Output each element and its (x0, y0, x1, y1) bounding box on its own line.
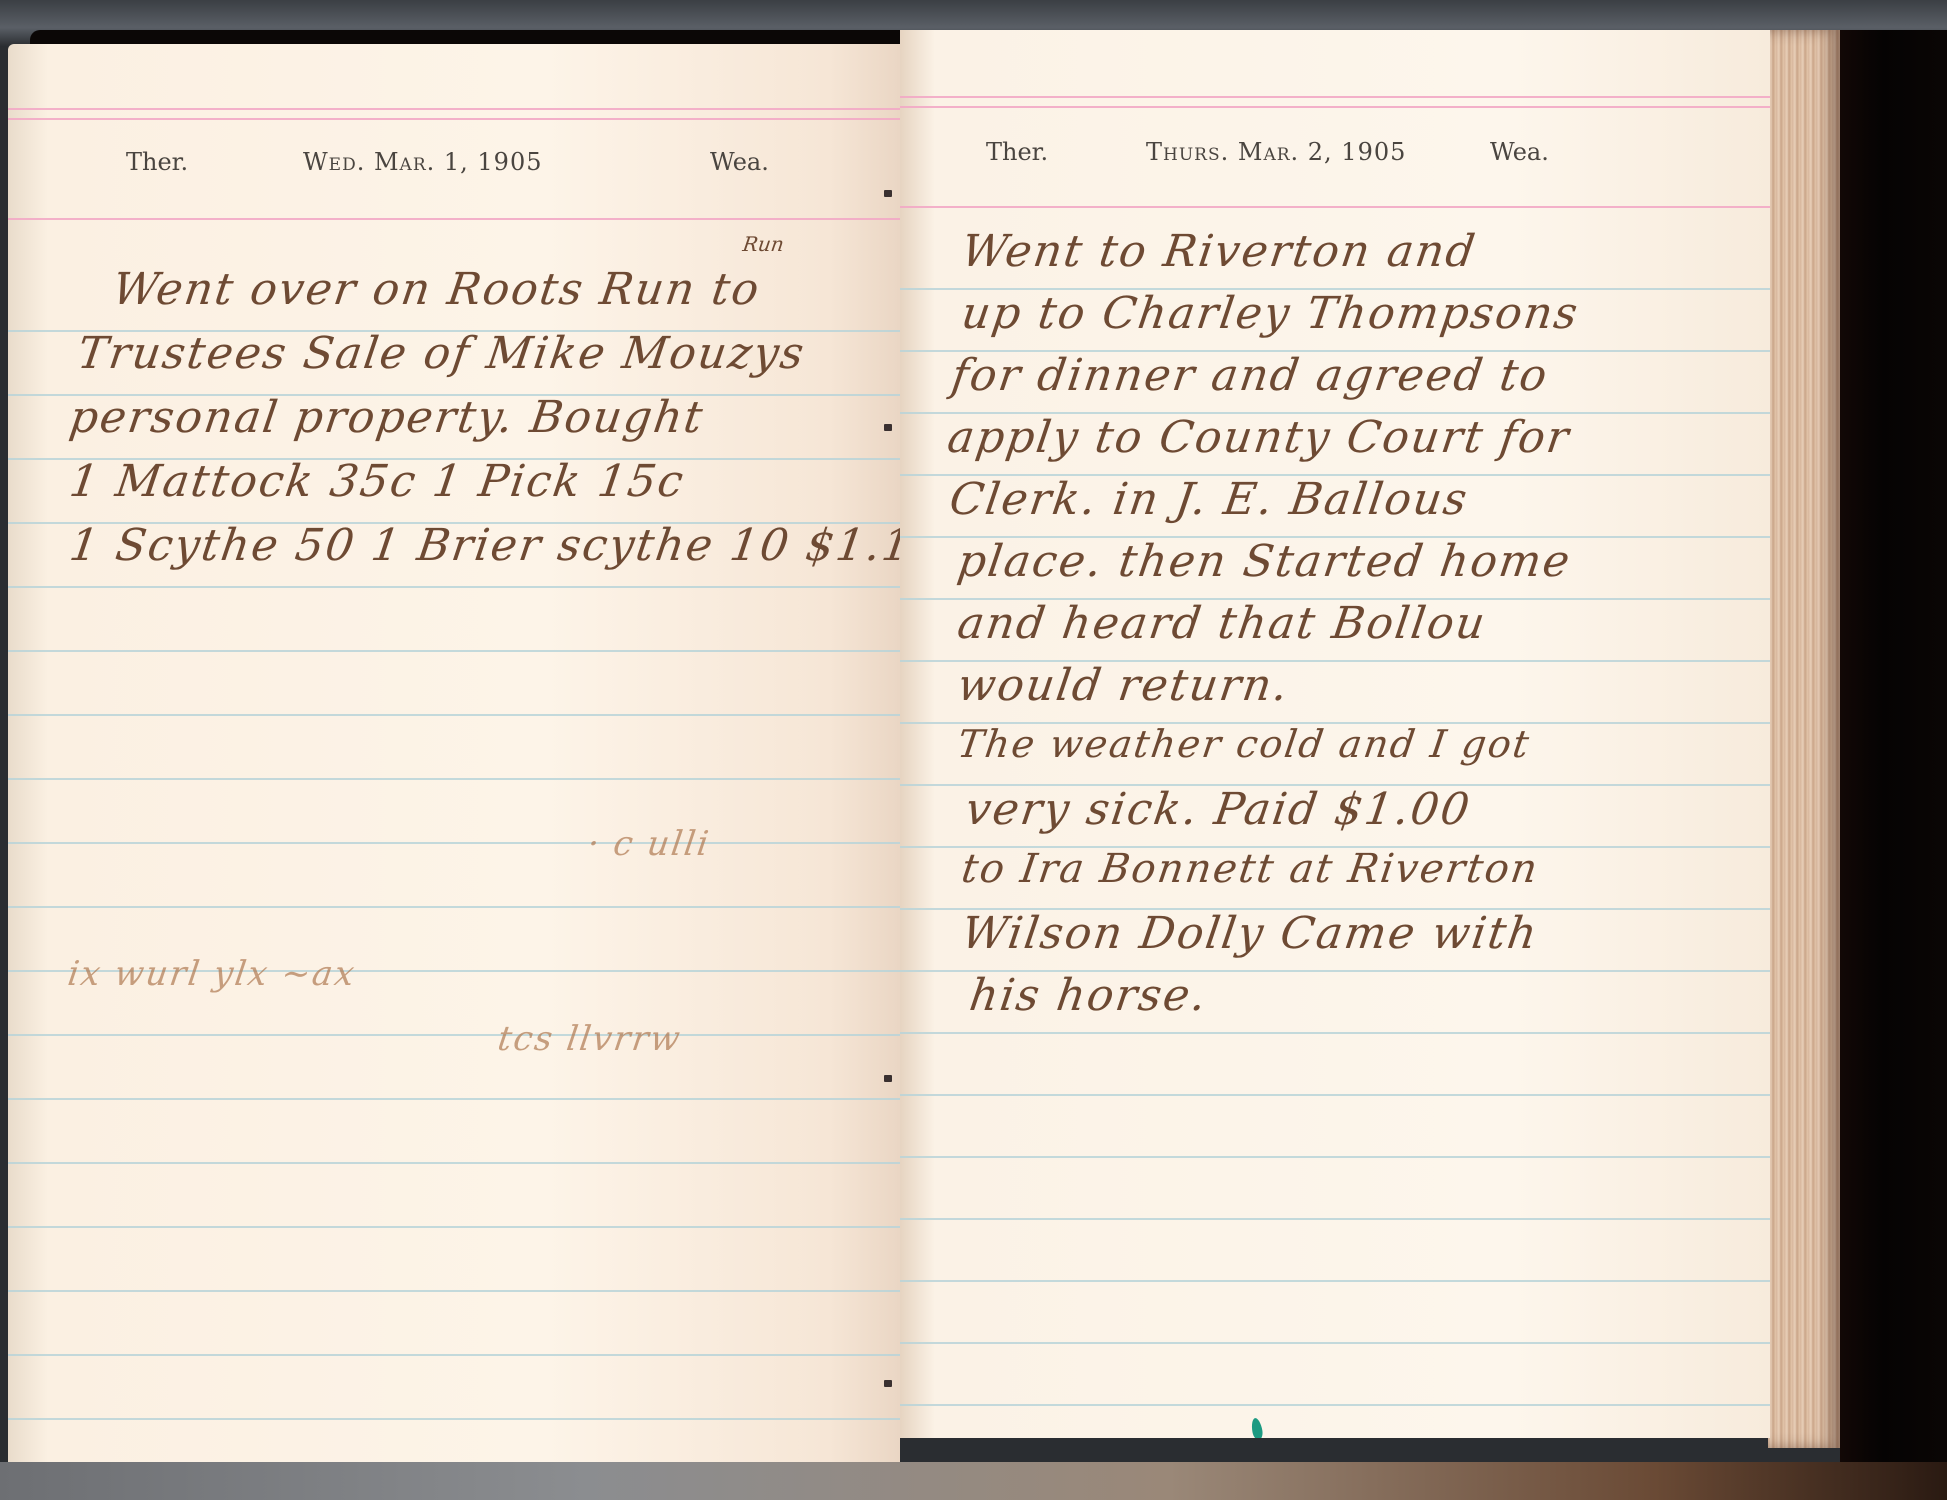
header-rule (900, 96, 1770, 98)
entry-line: Went to Riverton and (958, 226, 1479, 277)
entry-line: personal property. Bought (66, 392, 707, 443)
page-edges (1768, 30, 1840, 1448)
entry-line: 1 Scythe 50 1 Brier scythe 10 $1.10 (66, 520, 900, 571)
thermometer-label: Ther. (126, 148, 188, 176)
page-date: Thurs. Mar. 2, 1905 (1146, 138, 1406, 166)
offset-ink-smudge: ix wurl ylx ~ax (65, 954, 358, 994)
scanner-bed-bottom (0, 1462, 1947, 1500)
binding-stitch (884, 190, 892, 197)
header-rule (900, 106, 1770, 108)
entry-line: Clerk. in J. E. Ballous (946, 474, 1471, 525)
binding-stitch (884, 1075, 892, 1082)
page-date: Wed. Mar. 1, 1905 (303, 148, 542, 176)
entry-line: Went over on Roots Run to (109, 264, 763, 315)
entry-line: his horse. (966, 970, 1211, 1021)
entry-line: Wilson Dolly Came with (958, 908, 1541, 959)
entry-line: to Ira Bonnett at Riverton (959, 846, 1542, 892)
entry-line: apply to County Court for (944, 412, 1573, 463)
entry-line: up to Charley Thompsons (958, 288, 1582, 339)
offset-ink-smudge: tcs llvrrw (495, 1019, 684, 1059)
diary-page-right: Ther. Thurs. Mar. 2, 1905 Wea. Went to R… (900, 30, 1770, 1438)
entry-line: would return. (954, 660, 1292, 711)
handwritten-insertion: Run (741, 232, 785, 256)
weather-label: Wea. (710, 148, 769, 176)
diary-page-left: Ther. Wed. Mar. 1, 1905 Wea. Run Went ov… (8, 44, 900, 1476)
entry-line: 1 Mattock 35c 1 Pick 15c (66, 456, 688, 507)
entry-line: and heard that Bollou (954, 598, 1489, 649)
header-rule (900, 206, 1770, 208)
page-header: Ther. Thurs. Mar. 2, 1905 Wea. (900, 138, 1770, 178)
offset-ink-smudge: · c ulli (585, 824, 713, 864)
header-rule (8, 108, 900, 110)
entry-line: for dinner and agreed to (948, 350, 1551, 401)
ink-spot (1250, 1417, 1264, 1438)
weather-label: Wea. (1490, 138, 1549, 166)
page-header: Ther. Wed. Mar. 1, 1905 Wea. (8, 148, 900, 188)
header-rule (8, 218, 900, 220)
thermometer-label: Ther. (986, 138, 1048, 166)
entry-line: The weather cold and I got (955, 722, 1534, 766)
binding-stitch (884, 1380, 892, 1387)
entry-line: Trustees Sale of Mike Mouzys (74, 328, 808, 379)
binding-stitch (884, 424, 892, 431)
header-rule (8, 118, 900, 120)
entry-line: very sick. Paid $1.00 (962, 784, 1474, 835)
book-cover-right (1840, 30, 1947, 1475)
entry-line: place. then Started home (954, 536, 1574, 587)
